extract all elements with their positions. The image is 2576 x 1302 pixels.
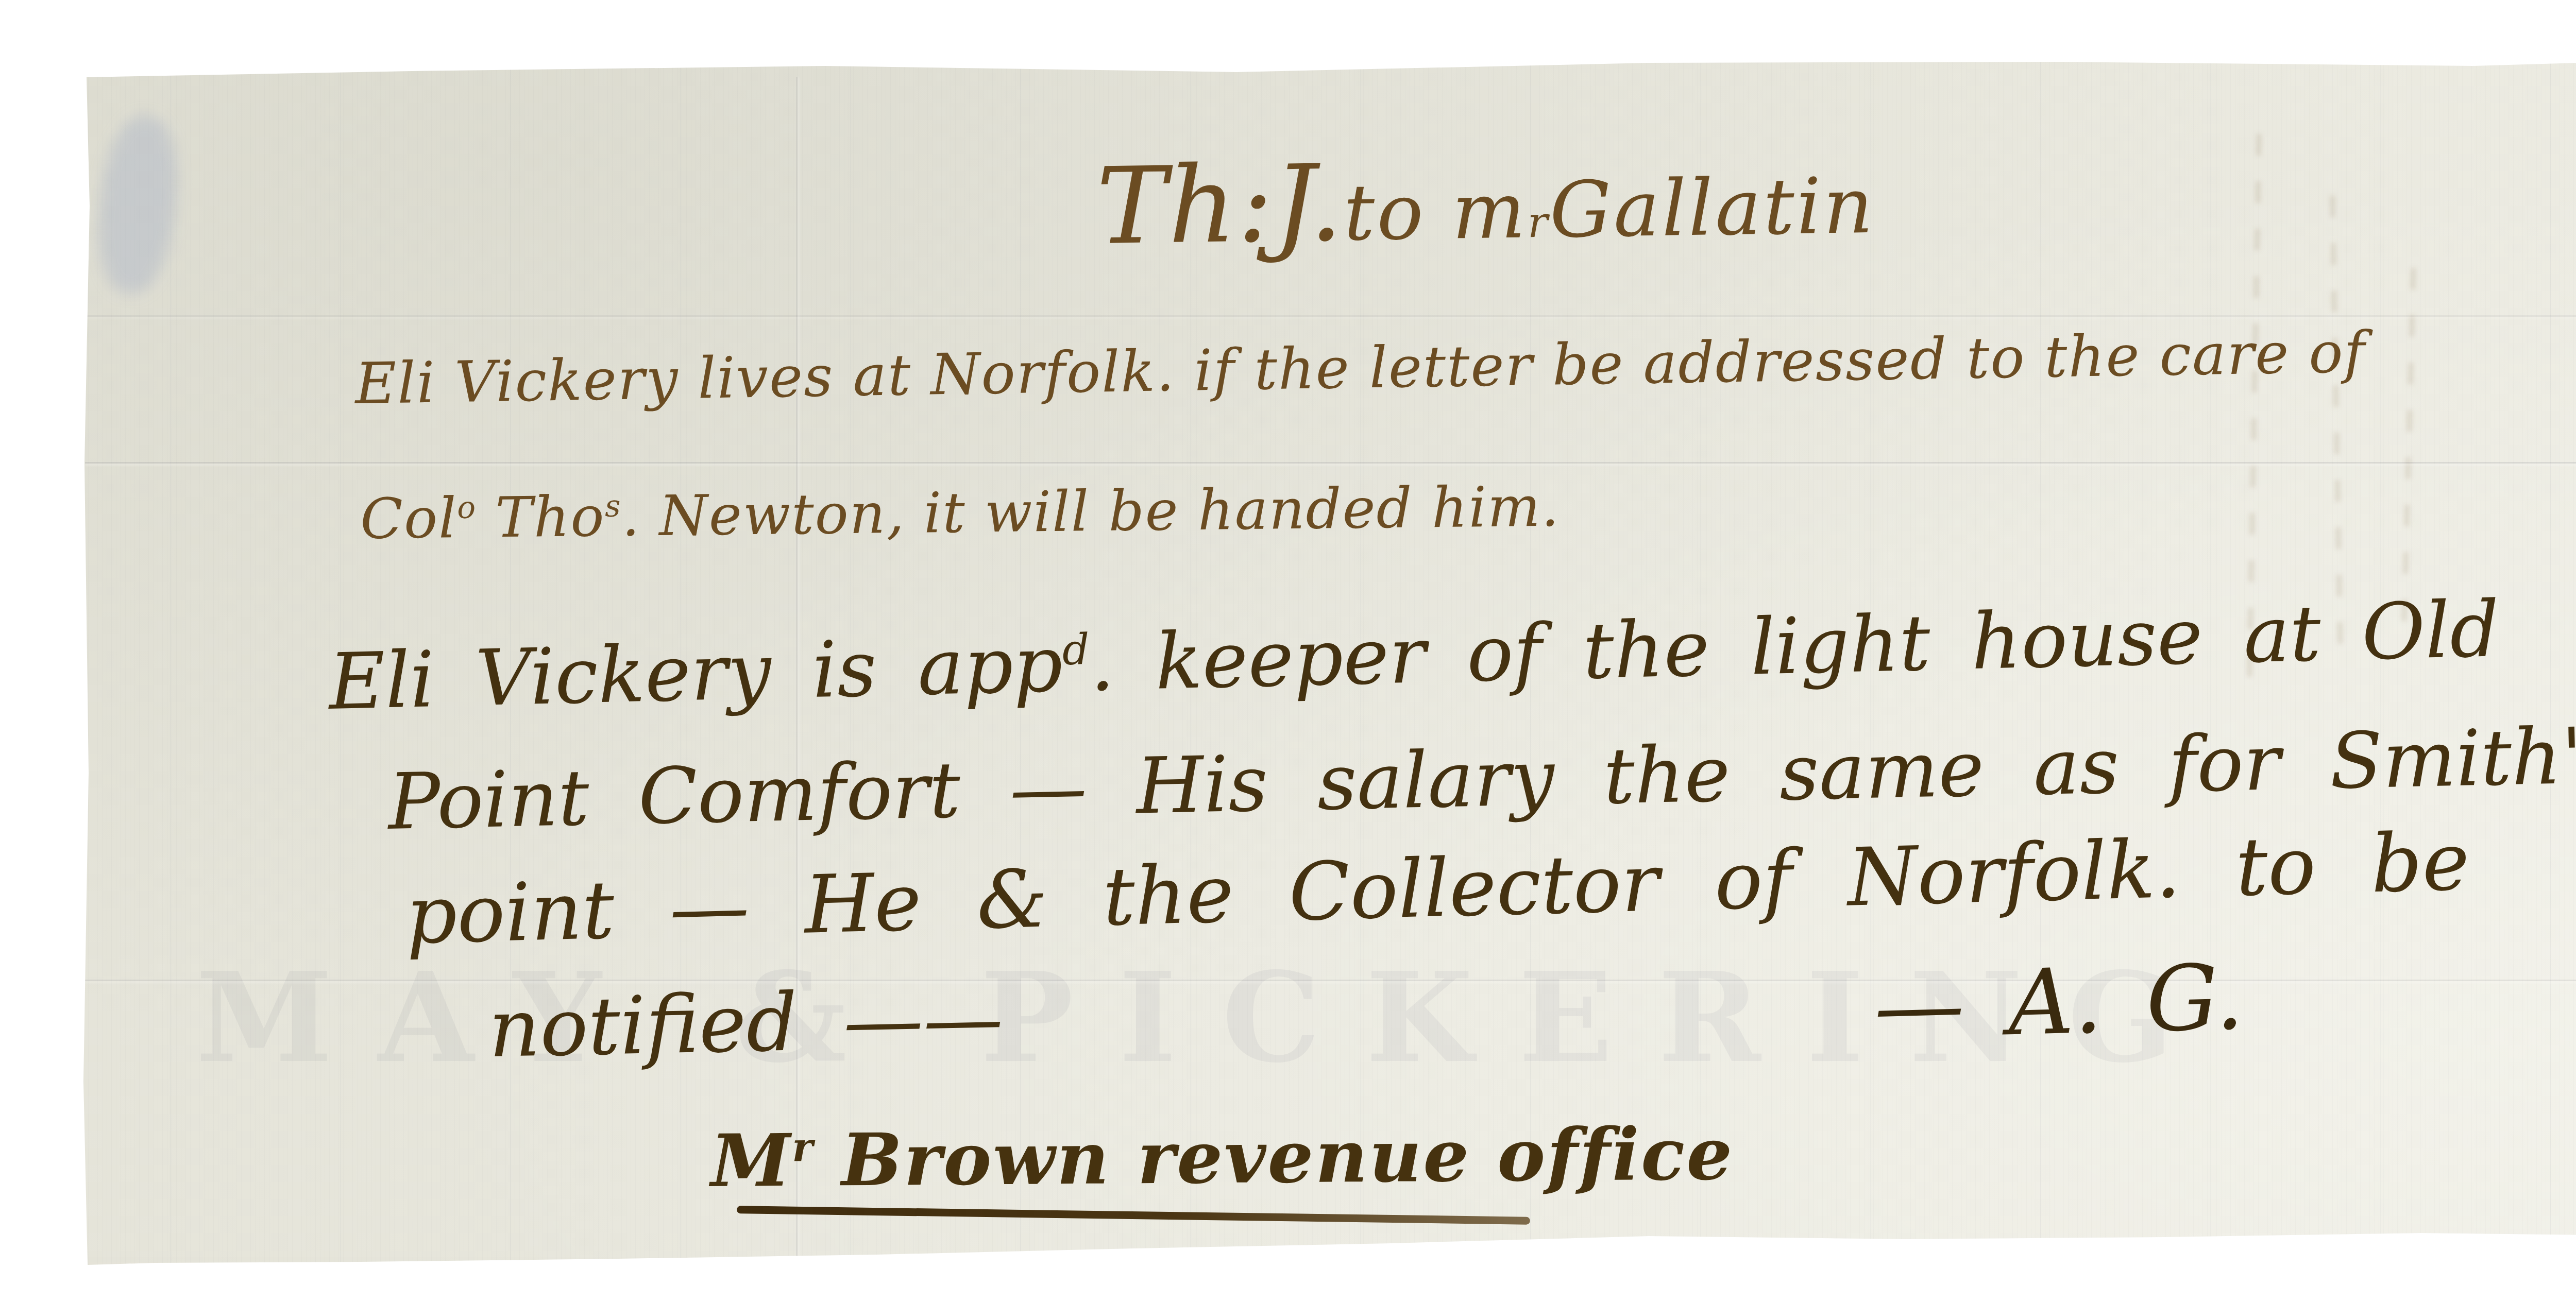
gallatin-reply-line-3: point — He & the Collector of Norfolk. t… xyxy=(405,821,2470,955)
docket-underline-stroke xyxy=(737,1206,1530,1225)
scan-background: MAY & PICKERING Th:J. to m r Gallatin El… xyxy=(0,0,2576,1302)
superscript: o xyxy=(457,490,477,526)
docket-text: Brown revenue office xyxy=(814,1112,1734,1203)
fold-crease-horizontal xyxy=(85,315,2576,317)
gallatin-reply-line-1: Eli Vickery is appd. keeper of the light… xyxy=(328,591,2500,721)
fold-crease-horizontal xyxy=(85,462,2576,464)
manuscript-paper: MAY & PICKERING Th:J. to m r Gallatin El… xyxy=(0,0,2576,1302)
heading-recipient: Gallatin xyxy=(1549,167,1876,249)
jefferson-note-line-2-text: Col xyxy=(360,486,458,552)
superscript: d xyxy=(1062,625,1090,675)
jefferson-note-line-1: Eli Vickery lives at Norfolk. if the let… xyxy=(354,324,2366,412)
gallatin-reply-line-4: notified —— xyxy=(488,978,1004,1069)
heading-text: to m xyxy=(1343,172,1528,252)
docket-line: Mr Brown revenue office xyxy=(710,1118,1734,1197)
jefferson-note-line-2: Colo Thos. Newton, it will be handed him… xyxy=(360,479,1560,547)
heading-superscript: r xyxy=(1527,201,1550,244)
gallatin-reply-line-1-text: Eli Vickery is app xyxy=(328,620,1064,727)
docket-text: M xyxy=(710,1119,792,1204)
heading-line: Th:J. to m r Gallatin xyxy=(1096,144,1875,260)
ink-showthrough-mark xyxy=(2401,268,2416,639)
jefferson-note-line-2-text: . Newton, it will be handed him. xyxy=(621,475,1560,549)
gallatin-reply-line-1-text: . keeper of the light house at Old xyxy=(1089,585,2500,709)
blue-smudge xyxy=(91,112,184,297)
ink-speck xyxy=(2381,12,2406,44)
heading-writer-initials: Th:J. xyxy=(1096,151,1344,260)
superscript: s xyxy=(605,489,622,524)
superscript: r xyxy=(792,1124,815,1171)
jefferson-note-line-2-text: Tho xyxy=(477,485,605,551)
gallatin-signature: — A. G. xyxy=(1873,952,2245,1052)
